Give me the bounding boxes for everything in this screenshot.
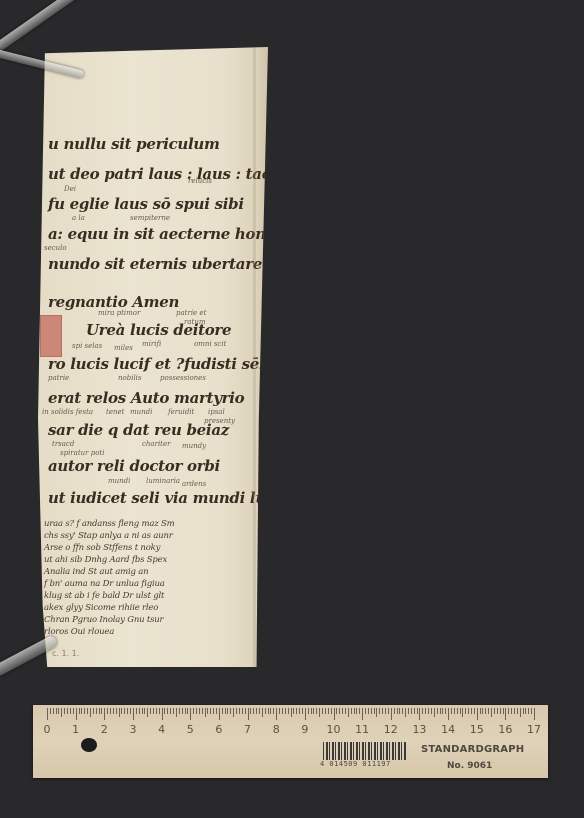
cursive-line: uraa s? f andanss fleng maz Sm [44,519,175,529]
ruler-tick [282,708,283,714]
ruler-tick [236,708,237,714]
ruler-tick [270,708,271,714]
gloss: mirifi [142,340,161,348]
ruler-tick [273,708,274,714]
ruler-label: 16 [498,723,512,736]
ruler-ticks [33,705,548,721]
ruler-tick [471,708,472,714]
ruler-label: 5 [187,723,194,736]
gloss: spiratur poti [60,449,104,457]
gloss: omni scit [194,340,226,348]
ruler-tick [173,708,174,714]
ruler-tick [76,708,77,720]
ruler-label: 17 [527,723,541,736]
ruler-tick [190,708,191,720]
ruler-tick [445,708,446,714]
ruler-tick [101,708,102,714]
ruler-tick [136,708,137,714]
ruler-tick [296,708,297,714]
ruler-tick [422,708,423,714]
ruler-tick [331,708,332,714]
ruler-tick [477,708,478,720]
ruler-tick [328,708,329,714]
ruler-label: 2 [101,723,108,736]
ruler-tick [99,708,100,714]
ruler-label: 11 [355,723,369,736]
cursive-line: Arse o ffn sob Stffens t noky [44,543,160,553]
ruler-tick [116,708,117,714]
ruler-tick [70,708,71,714]
ruler-tick [385,708,386,714]
gloss: in solidis festa [42,408,93,416]
ruler-tick [239,708,240,714]
ruler-tick [534,708,535,720]
ruler-tick [348,708,349,717]
ruler-tick [440,708,441,714]
ruler-tick [299,708,300,714]
ruler-tick [104,708,105,720]
ruler-tick [339,708,340,714]
ruler-tick [291,708,292,717]
ruler-label: 7 [244,723,251,736]
ruler-tick [376,708,377,717]
ruler-tick [142,708,143,714]
gloss: mundi [108,477,130,485]
ruler-tick [434,708,435,717]
gloss: mundi [130,408,152,416]
ruler-tick [268,708,269,714]
ruler-tick [265,708,266,714]
gloss: seculo [44,244,67,252]
ruler-tick [50,708,51,714]
ruler-tick [500,708,501,714]
ruler-tick [345,708,346,714]
ruler-brand: STANDARDGRAPH [421,744,524,755]
ruler-tick [308,708,309,714]
ruler-tick [222,708,223,714]
ruler-tick [213,708,214,714]
ruler-tick [288,708,289,714]
ruler-tick [164,708,165,714]
ruler-tick [465,708,466,714]
ruler-tick [417,708,418,714]
cursive-line: Analia ind St aut amig an [44,567,148,577]
ruler-label: 0 [44,723,51,736]
ruler-tick [245,708,246,714]
ruler-tick [428,708,429,714]
gloss: chariter [142,440,171,448]
ruler-tick [248,708,249,720]
ruler-tick [285,708,286,714]
ruler-label: 6 [215,723,222,736]
ruler-tick [216,708,217,714]
ruler-label: 1 [72,723,79,736]
text-line: a: equu in sit aecterne honor [48,225,283,243]
ruler-tick [485,708,486,714]
ruler-tick [505,708,506,720]
ruler-tick [84,708,85,714]
rubricated-initial [40,315,62,357]
ruler-tick [262,708,263,717]
ruler-tick [451,708,452,714]
ruler-tick [402,708,403,714]
ruler-tick [156,708,157,714]
ruler-tick [150,708,151,714]
ruler-tick [397,708,398,714]
text-line: fu eglie laus sō spui sibi [48,195,244,213]
ruler-tick [233,708,234,717]
cursive-line: Chran Pgruo Inolay Gnu tsur [44,615,163,625]
ruler-tick [144,708,145,714]
ruler-tick [511,708,512,714]
ruler-label: 4 [158,723,165,736]
ruler-tick [517,708,518,714]
ruler-tick [219,708,220,720]
ruler-tick [162,708,163,720]
gloss: luminaria [146,477,180,485]
gloss: patrie [48,374,69,382]
ruler-label: 8 [273,723,280,736]
ruler-tick [305,708,306,720]
ruler-tick [354,708,355,714]
ruler-label: 10 [327,723,341,736]
ruler-tick [399,708,400,714]
gloss: tenet [106,408,124,416]
ruler-tick [468,708,469,714]
text-line: autor reli doctor orbi [48,457,220,475]
ruler-label: 3 [129,723,136,736]
ruler-tick [336,708,337,714]
gloss: miles [114,344,133,352]
cursive-line: chs ssy' Stap anlya a ni as aunr [44,531,173,541]
gloss: sempiterne [130,214,170,222]
ruler-tick [124,708,125,714]
ruler-tick [67,708,68,714]
ruler-tick [351,708,352,714]
ruler-tick [411,708,412,714]
scale-ruler: 01234567891011121314151617 4 014509 0111… [33,705,548,778]
ruler-tick [56,708,57,714]
ruler-tick [431,708,432,714]
ruler-tick [488,708,489,714]
ruler-tick [474,708,475,714]
ruler-tick [374,708,375,714]
ruler-tick [482,708,483,714]
ruler-tick [368,708,369,714]
ruler-tick [259,708,260,714]
ruler-tick [405,708,406,717]
gloss: nobilis [118,374,142,382]
ruler-tick [382,708,383,714]
gloss: trsacd [52,440,74,448]
ruler-tick [159,708,160,714]
ruler-tick [379,708,380,714]
gloss: patrie et [176,309,206,317]
ruler-tick [342,708,343,714]
gloss: possessiones [160,374,206,382]
ruler-tick [242,708,243,714]
ruler-tick [167,708,168,714]
gloss: ipsal [208,408,225,416]
gloss: mundy [182,442,206,450]
ruler-tick [371,708,372,714]
cursive-line: rloros Oui rlouea [44,627,114,637]
ruler-tick [139,708,140,714]
ruler-tick [256,708,257,714]
ruler-tick [182,708,183,714]
ruler-tick [391,708,392,720]
ruler-tick [73,708,74,714]
ruler-tick [207,708,208,714]
ruler-tick [319,708,320,717]
ruler-tick [460,708,461,714]
ruler-tick [153,708,154,714]
ruler-tick [302,708,303,714]
ruler-tick [480,708,481,714]
ruler-tick [193,708,194,714]
ruler-tick [121,708,122,714]
gloss: Dei [64,185,76,193]
ruler-tick [531,708,532,714]
ruler-tick [425,708,426,714]
text-line: u nullu sit periculum [48,135,220,153]
barcode-number: 4 014509 011197 [320,760,391,768]
gloss: mira ptimor [98,309,140,317]
ruler-tick [359,708,360,714]
ruler-tick [187,708,188,714]
ruler-model: No. 9061 [447,761,492,771]
ruler-tick [454,708,455,714]
ruler-tick [394,708,395,714]
ruler-tick [133,708,134,720]
shelfmark: c. 1. 1. [52,649,79,658]
ruler-tick [520,708,521,717]
ruler-tick [356,708,357,714]
ruler-tick [110,708,111,714]
ruler-tick [90,708,91,717]
ruler-tick [64,708,65,714]
ruler-tick [253,708,254,714]
ruler-tick [199,708,200,714]
ruler-tick [523,708,524,714]
ruler-tick [334,708,335,720]
ruler-tick [130,708,131,714]
ruler-tick [525,708,526,714]
text-line: ut iudicet seli via mundi luca [48,489,284,507]
ruler-tick [81,708,82,714]
ruler-label: 12 [384,723,398,736]
ruler-tick [311,708,312,714]
text-line: ro lucis lucif et ?fudisti sēlum [48,355,291,373]
ruler-tick [79,708,80,714]
ruler-tick [107,708,108,714]
manuscript-fragment: u nullu sit periculum relucis ut deo pat… [38,47,268,667]
ruler-tick [47,708,48,720]
ruler-tick [147,708,148,717]
text-line: sar die q dat reu beiaz [48,421,229,439]
ruler-tick [230,708,231,714]
ruler-tick [419,708,420,720]
ruler-tick [462,708,463,717]
ruler-tick [442,708,443,714]
ruler-tick [528,708,529,714]
ruler-tick [503,708,504,714]
ruler-tick [408,708,409,714]
gloss: feruidit [168,408,194,416]
ruler-tick [58,708,59,714]
ruler-label: 15 [470,723,484,736]
ruler-label: 14 [441,723,455,736]
ruler-tick [202,708,203,714]
ruler-label: 9 [301,723,308,736]
hanging-hole [81,738,97,752]
text-line: ut deo patri laus : laus : tacui [48,165,287,183]
ruler-tick [61,708,62,717]
ruler-tick [276,708,277,720]
ruler-tick [293,708,294,714]
text-line: nundo sit eternis ubertare [48,255,262,273]
ruler-tick [225,708,226,714]
ruler-tick [185,708,186,714]
ruler-tick [448,708,449,720]
gloss: ardens [182,480,206,488]
ruler-tick [250,708,251,714]
cursive-line: ut ahi sib Dnhg Aard fbs Spex [44,555,167,565]
ruler-label: 13 [412,723,426,736]
text-line: Ureà lucis deitore [86,321,231,339]
barcode [323,742,407,760]
gloss: spi selas [72,342,102,350]
ruler-tick [362,708,363,720]
ruler-tick [365,708,366,714]
ruler-tick [205,708,206,717]
gloss: a la [72,214,85,222]
ruler-tick [514,708,515,714]
ruler-tick [494,708,495,714]
ruler-tick [437,708,438,714]
ruler-tick [96,708,97,714]
cursive-line: akex glyy Sicome rihiie rleo [44,603,158,613]
ruler-tick [497,708,498,714]
ruler-tick [210,708,211,714]
ruler-tick [113,708,114,714]
ruler-tick [227,708,228,714]
ruler-tick [127,708,128,714]
ruler-tick [170,708,171,714]
ruler-tick [279,708,280,714]
ruler-tick [508,708,509,714]
ruler-tick [53,708,54,714]
text-line: erat relos Auto martyrio [48,389,244,407]
ruler-tick [176,708,177,717]
ruler-tick [87,708,88,714]
ruler-tick [179,708,180,714]
ruler-tick [457,708,458,714]
cursive-line: f bn' auma na Dr unlua figiua [44,579,165,589]
ruler-tick [491,708,492,717]
ruler-tick [93,708,94,714]
ruler-tick [322,708,323,714]
cursive-line: klug st ab i fe bald Dr ulst glt [44,591,164,601]
ruler-tick [414,708,415,714]
ruler-tick [119,708,120,717]
ruler-tick [388,708,389,714]
ruler-tick [316,708,317,714]
ruler-tick [325,708,326,714]
ruler-tick [196,708,197,714]
ruler-tick [313,708,314,714]
